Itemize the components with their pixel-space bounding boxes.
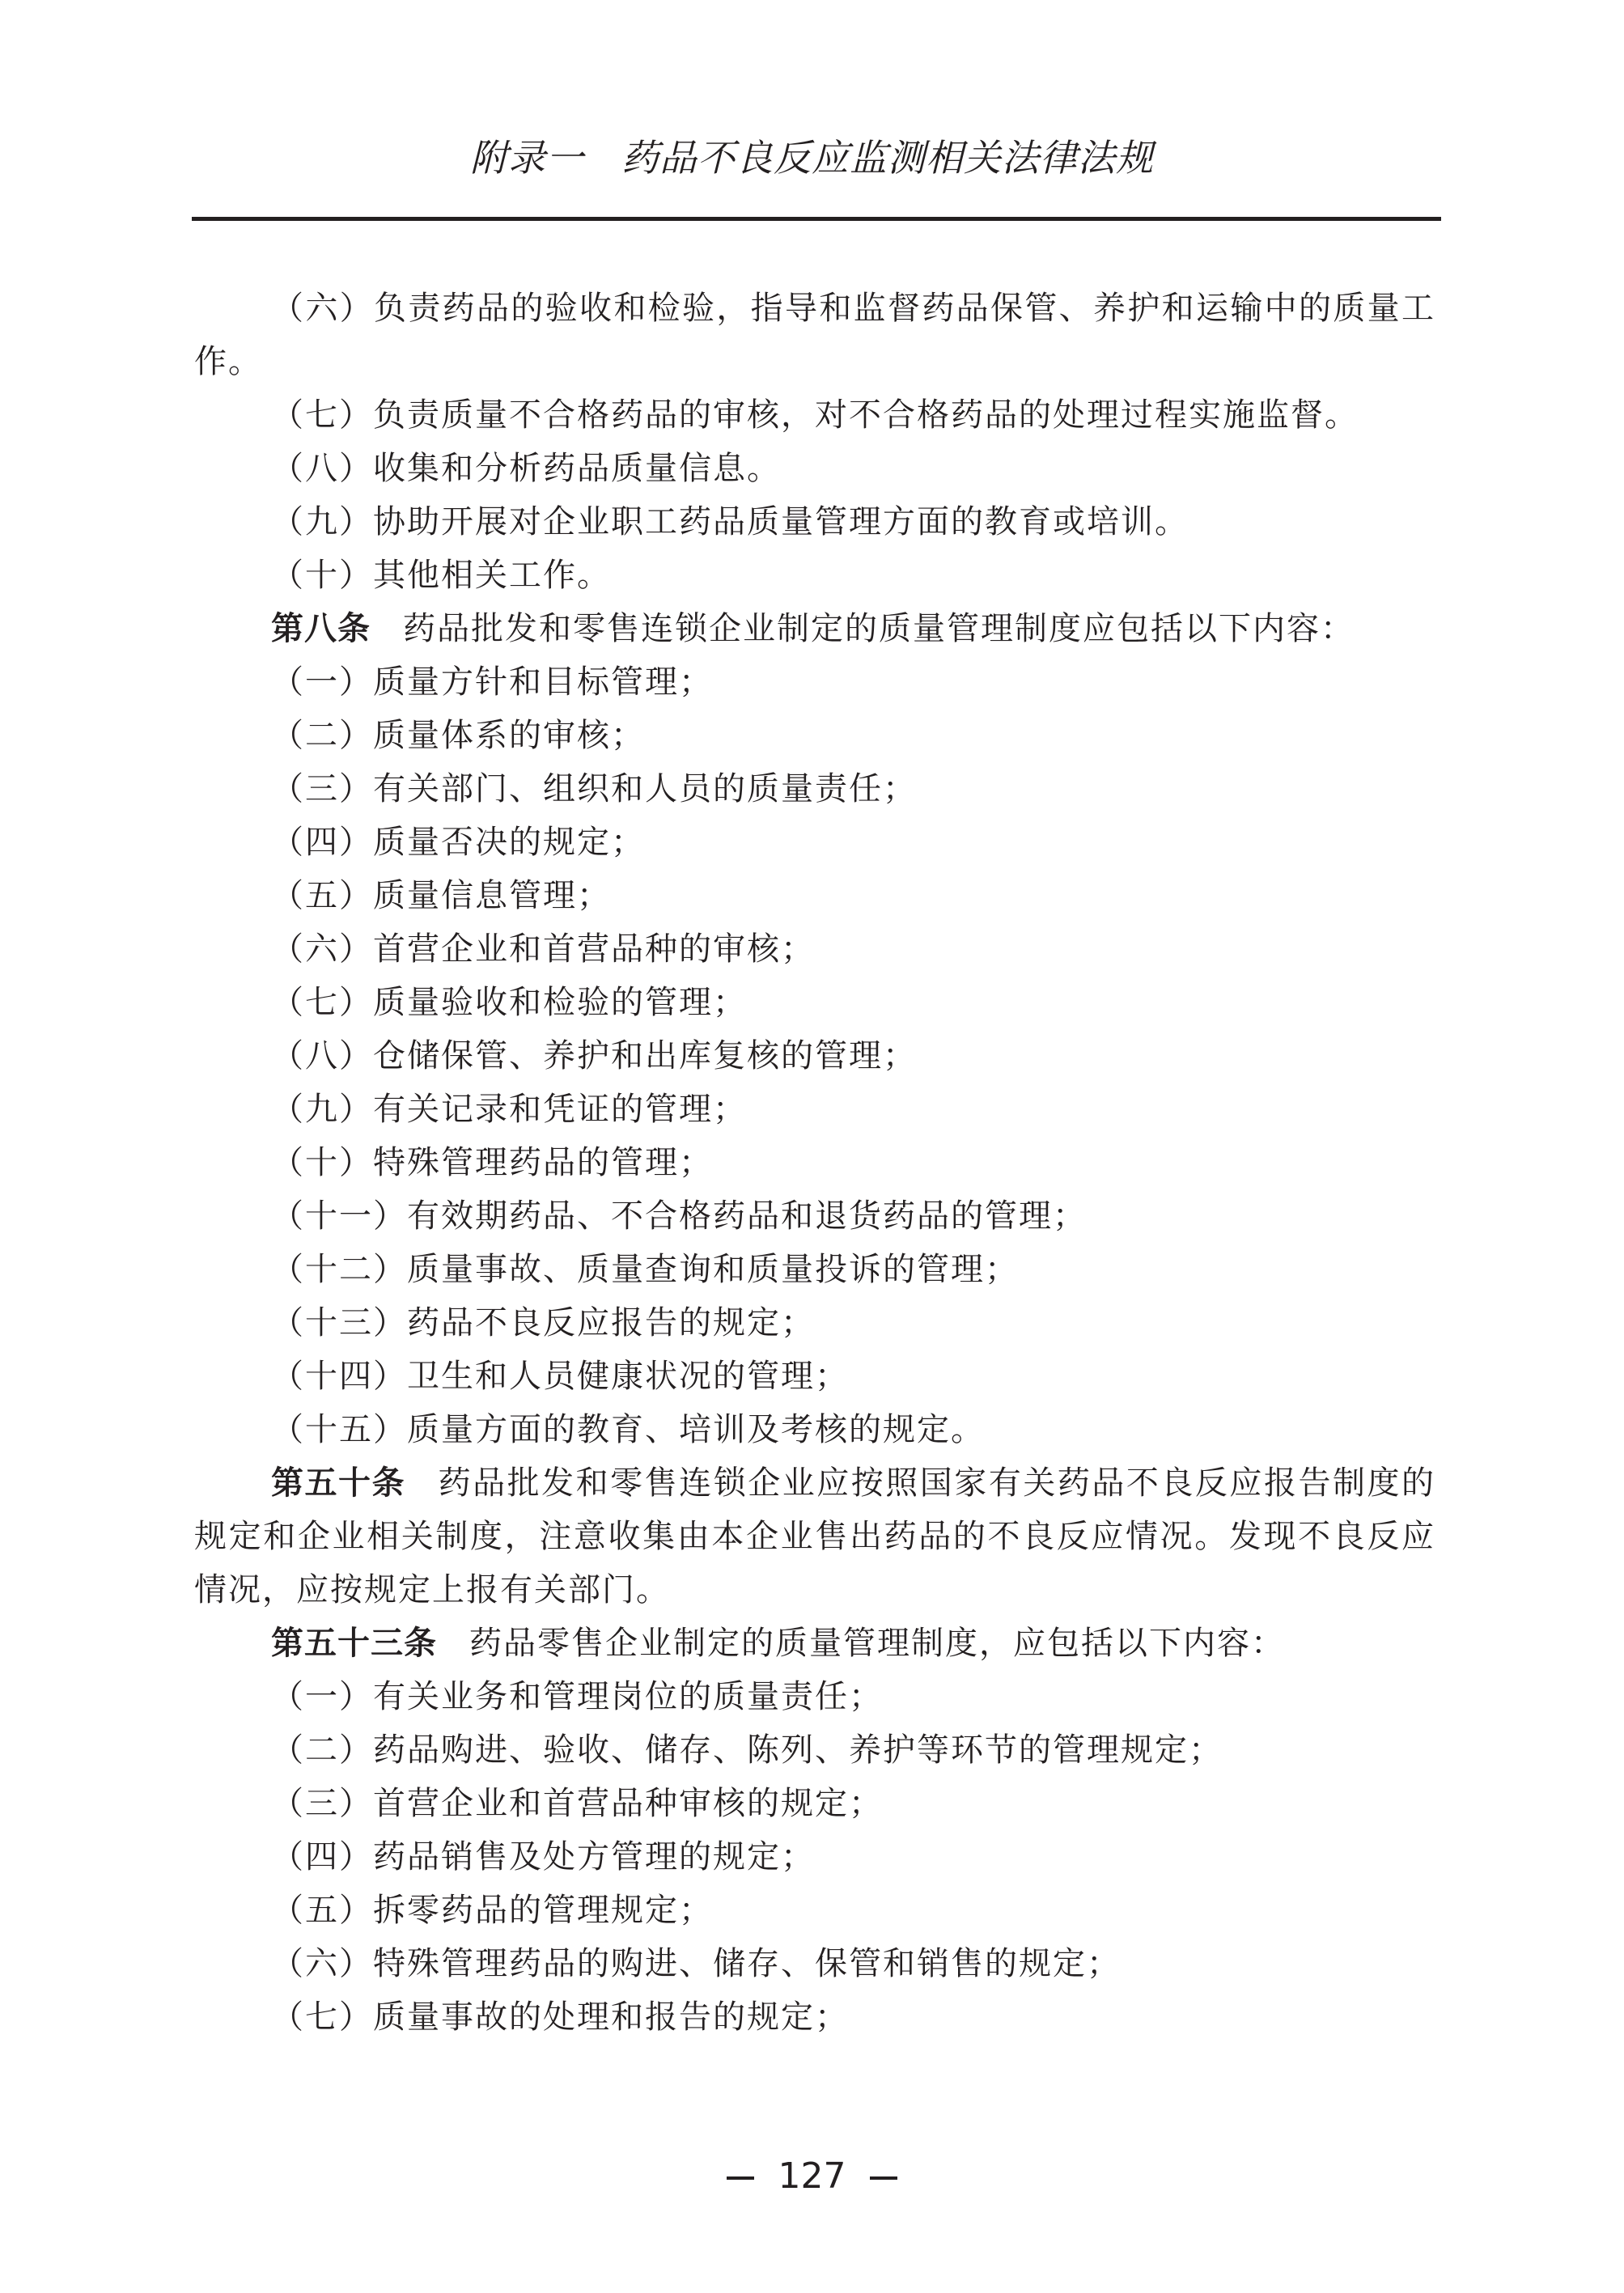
- paragraph-text: （十一）有效期药品、不合格药品和退货药品的管理；: [271, 1197, 1087, 1235]
- paragraph-text: （一）质量方针和目标管理；: [271, 663, 713, 701]
- list-item: （一）有关业务和管理岗位的质量责任；: [194, 1670, 1435, 1723]
- article-number: 第八条: [271, 610, 371, 647]
- list-item: （四）质量否决的规定；: [194, 816, 1435, 869]
- list-item: （三）有关部门、组织和人员的质量责任；: [194, 762, 1435, 816]
- paragraph-text: （二）质量体系的审核；: [271, 717, 645, 754]
- page-body: （六）负责药品的验收和检验，指导和监督药品保管、养护和运输中的质量工作。（七）负…: [194, 282, 1435, 2044]
- list-item: （九）有关记录和凭证的管理；: [194, 1083, 1435, 1136]
- list-item: （三）首营企业和首营品种审核的规定；: [194, 1777, 1435, 1830]
- paragraph-text: （八）收集和分析药品质量信息。: [271, 450, 781, 487]
- list-item: （七）质量验收和检验的管理；: [194, 976, 1435, 1029]
- list-item: （六）特殊管理药品的购进、储存、保管和销售的规定；: [194, 1937, 1435, 1990]
- article-number: 第五十三条: [271, 1625, 437, 1662]
- paragraph-text: （六）特殊管理药品的购进、储存、保管和销售的规定；: [271, 1945, 1121, 1982]
- list-item: （五）拆零药品的管理规定；: [194, 1884, 1435, 1937]
- article-number: 第五十条: [271, 1464, 405, 1502]
- page-number-dash-left: [727, 2176, 754, 2180]
- list-item: （十）特殊管理药品的管理；: [194, 1136, 1435, 1189]
- list-item: （四）药品销售及处方管理的规定；: [194, 1830, 1435, 1884]
- article-paragraph: 第五十条药品批发和零售连锁企业应按照国家有关药品不良反应报告制度的规定和企业相关…: [194, 1456, 1435, 1617]
- paragraph-text: （六）首营企业和首营品种的审核；: [271, 930, 815, 968]
- header-rule: [192, 217, 1441, 221]
- list-item: （六）首营企业和首营品种的审核；: [194, 922, 1435, 976]
- paragraph-text: （五）质量信息管理；: [271, 877, 611, 914]
- paragraph-text: （八）仓储保管、养护和出库复核的管理；: [271, 1037, 917, 1074]
- paragraph-text: （七）质量事故的处理和报告的规定；: [271, 1998, 849, 2036]
- paragraph-text: （十五）质量方面的教育、培训及考核的规定。: [271, 1411, 985, 1448]
- list-item: （十一）有效期药品、不合格药品和退货药品的管理；: [194, 1189, 1435, 1243]
- list-item: （七）负责质量不合格药品的审核，对不合格药品的处理过程实施监督。: [194, 388, 1435, 442]
- list-item: （一）质量方针和目标管理；: [194, 655, 1435, 709]
- paragraph-text: （四）质量否决的规定；: [271, 824, 645, 861]
- paragraph-text: （十）其他相关工作。: [271, 557, 611, 594]
- header-title: 药品不良反应监测相关法律法规: [621, 136, 1154, 180]
- paragraph-text: 药品批发和零售连锁企业制定的质量管理制度应包括以下内容：: [403, 610, 1355, 647]
- paragraph-text: （七）质量验收和检验的管理；: [271, 984, 747, 1021]
- list-item: （六）负责药品的验收和检验，指导和监督药品保管、养护和运输中的质量工作。: [194, 282, 1435, 388]
- paragraph-text: （二）药品购进、验收、储存、陈列、养护等环节的管理规定；: [271, 1731, 1223, 1769]
- list-item: （十三）药品不良反应报告的规定；: [194, 1296, 1435, 1350]
- list-item: （八）收集和分析药品质量信息。: [194, 442, 1435, 495]
- list-item: （五）质量信息管理；: [194, 869, 1435, 922]
- header-chapter: 附录一: [470, 136, 584, 180]
- paragraph-text: 药品零售企业制定的质量管理制度，应包括以下内容：: [469, 1625, 1285, 1662]
- list-item: （十五）质量方面的教育、培训及考核的规定。: [194, 1403, 1435, 1456]
- paragraph-text: （五）拆零药品的管理规定；: [271, 1892, 713, 1929]
- paragraph-text: （六）负责药品的验收和检验，指导和监督药品保管、养护和运输中的质量工作。: [194, 290, 1435, 380]
- paragraph-text: （十三）药品不良反应报告的规定；: [271, 1304, 815, 1341]
- list-item: （八）仓储保管、养护和出库复核的管理；: [194, 1029, 1435, 1083]
- running-header: 附录一药品不良反应监测相关法律法规: [0, 134, 1624, 182]
- paragraph-text: （三）首营企业和首营品种审核的规定；: [271, 1785, 883, 1822]
- list-item: （十二）质量事故、质量查询和质量投诉的管理；: [194, 1243, 1435, 1296]
- paragraph-text: （三）有关部门、组织和人员的质量责任；: [271, 770, 917, 807]
- paragraph-text: （九）协助开展对企业职工药品质量管理方面的教育或培训。: [271, 503, 1189, 540]
- article-paragraph: 第八条药品批发和零售连锁企业制定的质量管理制度应包括以下内容：: [194, 602, 1435, 655]
- paragraph-text: （一）有关业务和管理岗位的质量责任；: [271, 1678, 883, 1715]
- list-item: （七）质量事故的处理和报告的规定；: [194, 1990, 1435, 2044]
- list-item: （二）药品购进、验收、储存、陈列、养护等环节的管理规定；: [194, 1723, 1435, 1777]
- page-footer: 127: [0, 2154, 1624, 2199]
- list-item: （十）其他相关工作。: [194, 549, 1435, 602]
- paragraph-text: （七）负责质量不合格药品的审核，对不合格药品的处理过程实施监督。: [271, 396, 1359, 434]
- list-item: （十四）卫生和人员健康状况的管理；: [194, 1350, 1435, 1403]
- article-paragraph: 第五十三条药品零售企业制定的质量管理制度，应包括以下内容：: [194, 1617, 1435, 1670]
- page-number-dash-right: [870, 2176, 897, 2180]
- paragraph-text: （四）药品销售及处方管理的规定；: [271, 1838, 815, 1876]
- paragraph-text: （九）有关记录和凭证的管理；: [271, 1091, 747, 1128]
- list-item: （九）协助开展对企业职工药品质量管理方面的教育或培训。: [194, 495, 1435, 549]
- paragraph-text: （十二）质量事故、质量查询和质量投诉的管理；: [271, 1251, 1019, 1288]
- paragraph-text: （十四）卫生和人员健康状况的管理；: [271, 1358, 849, 1395]
- page-number: 127: [778, 2155, 846, 2197]
- list-item: （二）质量体系的审核；: [194, 709, 1435, 762]
- paragraph-text: （十）特殊管理药品的管理；: [271, 1144, 713, 1181]
